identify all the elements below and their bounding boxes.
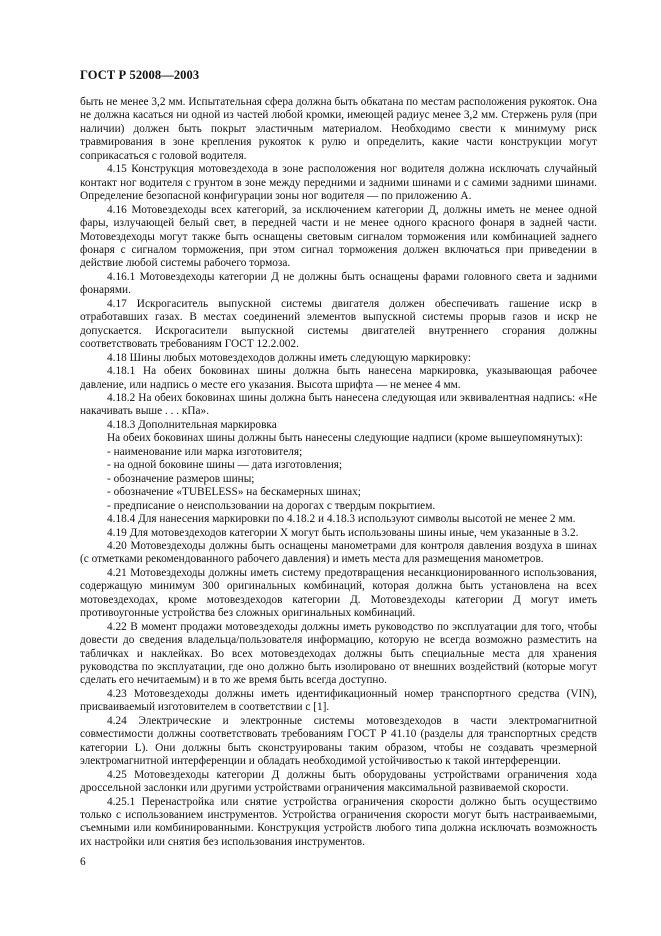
paragraph: 4.16 Мотовездеходы всех категорий, за ис… bbox=[80, 204, 597, 271]
list-item: - обозначение размеров шины; bbox=[80, 473, 597, 486]
standard-header: ГОСТ Р 52008—2003 bbox=[80, 68, 199, 83]
paragraph: 4.22 В момент продажи мотовездеходы долж… bbox=[80, 621, 597, 688]
paragraph: На обеих боковинах шины должны быть нане… bbox=[80, 432, 597, 445]
paragraph: 4.21 Мотовездеходы должны иметь систему … bbox=[80, 567, 597, 621]
paragraph: 4.25 Мотовездеходы категории Д должны бы… bbox=[80, 769, 597, 796]
paragraph: 4.18.4 Для нанесения маркировки по 4.18.… bbox=[80, 513, 597, 526]
paragraph: 4.23 Мотовездеходы должны иметь идентифи… bbox=[80, 688, 597, 715]
paragraph: 4.18.3 Дополнительная маркировка bbox=[80, 419, 597, 432]
paragraph: 4.16.1 Мотовездеходы категории Д не долж… bbox=[80, 271, 597, 298]
list-item: - на одной боковине шины — дата изготовл… bbox=[80, 459, 597, 472]
paragraph: 4.25.1 Перенастройка или снятие устройст… bbox=[80, 796, 597, 850]
list-item: - предписание о неиспользовании на дорог… bbox=[80, 500, 597, 513]
paragraph: 4.18 Шины любых мотовездеходов должны им… bbox=[80, 352, 597, 365]
paragraph: 4.18.2 На обеих боковинах шины должна бы… bbox=[80, 392, 597, 419]
paragraph: 4.19 Для мотовездеходов категории X могу… bbox=[80, 527, 597, 540]
paragraph: 4.24 Электрические и электронные системы… bbox=[80, 715, 597, 769]
paragraph: 4.15 Конструкция мотовездехода в зоне ра… bbox=[80, 163, 597, 203]
document-body: быть не менее 3,2 мм. Испытательная сфер… bbox=[80, 96, 597, 849]
paragraph: быть не менее 3,2 мм. Испытательная сфер… bbox=[80, 96, 597, 163]
list-item: - обозначение «TUBELESS» на бескамерных … bbox=[80, 486, 597, 499]
list-item: - наименование или марка изготовителя; bbox=[80, 446, 597, 459]
paragraph: 4.17 Искрогаситель выпускной системы дви… bbox=[80, 298, 597, 352]
paragraph: 4.20 Мотовездеходы должны быть оснащены … bbox=[80, 540, 597, 567]
paragraph: 4.18.1 На обеих боковинах шины должна бы… bbox=[80, 365, 597, 392]
page-number: 6 bbox=[80, 856, 86, 868]
